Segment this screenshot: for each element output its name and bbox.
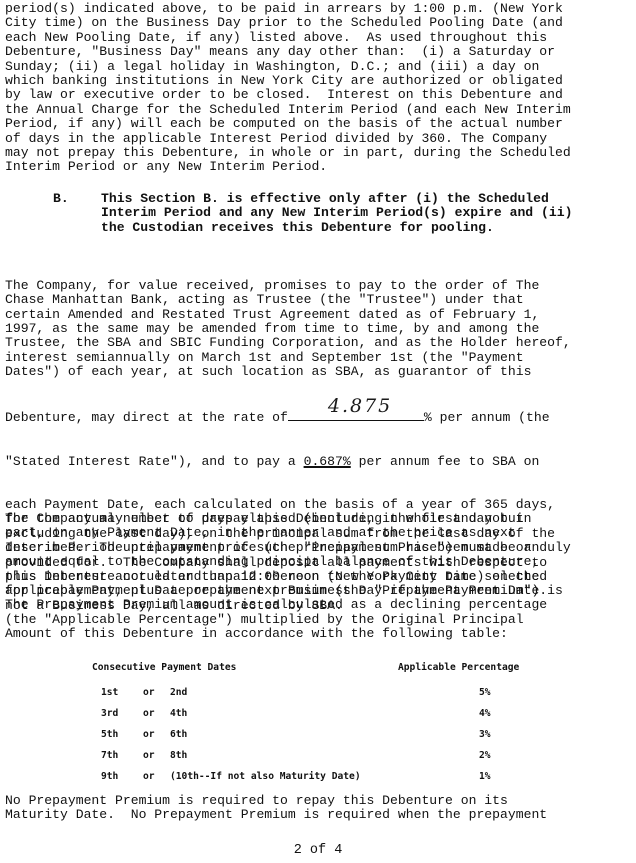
- text-line: of days in the applicable Interest Perio…: [5, 132, 571, 146]
- applicable-percentage: 5%: [479, 687, 491, 698]
- text-line: for prepayment, plus a prepayment premiu…: [5, 584, 547, 598]
- text-line: Maturity Date. No Prepayment Premium is …: [5, 808, 547, 822]
- text-line: the Annual Charge for the Scheduled Inte…: [5, 103, 571, 117]
- fee-line-prefix: "Stated Interest Rate"), and to pay a: [5, 454, 304, 469]
- or-text: or: [143, 771, 155, 782]
- text-line: part, on any Payment Date, in the manner…: [5, 526, 547, 540]
- table-header-percentage: Applicable Percentage: [398, 662, 519, 673]
- rate-fill-blank: 4.875: [288, 408, 424, 421]
- first-payment: 1st: [101, 687, 118, 698]
- text-line: plus interest accrued and unpaid thereon…: [5, 570, 547, 584]
- text-line: (the "Applicable Percentage") multiplied…: [5, 613, 547, 627]
- rate-line: Debenture, may direct at the rate of4.87…: [5, 408, 571, 425]
- text-line: described. The prepayment price (the "Pr…: [5, 541, 547, 555]
- applicable-percentage: 3%: [479, 729, 491, 740]
- second-payment: (10th--If not also Maturity Date): [170, 771, 361, 782]
- text-line: Period, if any) will each be computed on…: [5, 117, 571, 131]
- text-line: Dates") of each year, at such location a…: [5, 365, 571, 379]
- table-row: 1stor2nd5%: [5, 687, 635, 701]
- paragraph-prepayment: The Company may elect to prepay this Deb…: [5, 512, 547, 642]
- or-text: or: [143, 750, 155, 761]
- text-line: Debenture, "Business Day" means any day …: [5, 45, 571, 59]
- text-line: the Custodian receives this Debenture fo…: [101, 221, 572, 235]
- text-line: Sunday; (ii) a legal holiday in Washingt…: [5, 60, 571, 74]
- rate-line-prefix: Debenture, may direct at the rate of: [5, 410, 288, 425]
- text-line: interest semiannually on March 1st and S…: [5, 351, 571, 365]
- table-header-payment-dates: Consecutive Payment Dates: [92, 662, 236, 673]
- second-payment: 4th: [170, 708, 187, 719]
- text-line: each New Pooling Date, if any) listed ab…: [5, 31, 571, 45]
- or-text: or: [143, 729, 155, 740]
- second-payment: 6th: [170, 729, 187, 740]
- table-row: 7thor8th2%: [5, 750, 635, 764]
- text-line: period(s) indicated above, to be paid in…: [5, 2, 571, 16]
- text-line: No Prepayment Premium is required to rep…: [5, 794, 547, 808]
- text-line: This Section B. is effective only after …: [101, 192, 572, 206]
- first-payment: 9th: [101, 771, 118, 782]
- section-b-text: This Section B. is effective only after …: [101, 192, 572, 235]
- fee-rate: 0.687%: [304, 454, 351, 469]
- table-row: 3rdor4th4%: [5, 708, 635, 722]
- text-line: by law or executive order to be closed. …: [5, 88, 571, 102]
- rate-line-suffix: % per annum (the: [424, 410, 550, 425]
- handwritten-rate: 4.875: [328, 399, 392, 413]
- table-row: 9thor(10th--If not also Maturity Date)1%: [5, 771, 635, 785]
- second-payment: 2nd: [170, 687, 187, 698]
- text-line: 1997, as the same may be amended from ti…: [5, 322, 571, 336]
- paragraph-interest-terms: period(s) indicated above, to be paid in…: [5, 2, 571, 175]
- payment-promise-lines: The Company, for value received, promise…: [5, 279, 571, 380]
- text-line: amount equal to the outstanding principa…: [5, 555, 547, 569]
- first-payment: 5th: [101, 729, 118, 740]
- text-line: Amount of this Debenture in accordance w…: [5, 627, 547, 641]
- text-line: The Company may elect to prepay this Deb…: [5, 512, 547, 526]
- applicable-percentage: 1%: [479, 771, 491, 782]
- text-line: The Prepayment Premium amount is calcula…: [5, 598, 547, 612]
- text-line: Trustee, the SBA and SBIC Funding Corpor…: [5, 336, 571, 350]
- paragraph-no-premium: No Prepayment Premium is required to rep…: [5, 794, 547, 823]
- or-text: or: [143, 687, 155, 698]
- applicable-percentage: 2%: [479, 750, 491, 761]
- fee-line: "Stated Interest Rate"), and to pay a 0.…: [5, 455, 571, 469]
- text-line: The Company, for value received, promise…: [5, 279, 571, 293]
- text-line: Interim Period and any New Interim Perio…: [101, 206, 572, 220]
- second-payment: 8th: [170, 750, 187, 761]
- text-line: certain Amended and Restated Trust Agree…: [5, 308, 571, 322]
- text-line: City time) on the Business Day prior to …: [5, 16, 571, 30]
- applicable-percentage: 4%: [479, 708, 491, 719]
- table-row: 5thor6th3%: [5, 729, 635, 743]
- first-payment: 7th: [101, 750, 118, 761]
- text-line: Interim Period or any New Interim Period…: [5, 160, 571, 174]
- section-b: B. This Section B. is effective only aft…: [5, 192, 635, 250]
- page-number: 2 of 4: [0, 843, 636, 858]
- text-line: Chase Manhattan Bank, acting as Trustee …: [5, 293, 571, 307]
- text-line: which banking institutions in New York C…: [5, 74, 571, 88]
- section-b-label: B.: [53, 192, 69, 206]
- fee-line-suffix: per annum fee to SBA on: [351, 454, 540, 469]
- text-line: may not prepay this Debenture, in whole …: [5, 146, 571, 160]
- or-text: or: [143, 708, 155, 719]
- first-payment: 3rd: [101, 708, 118, 719]
